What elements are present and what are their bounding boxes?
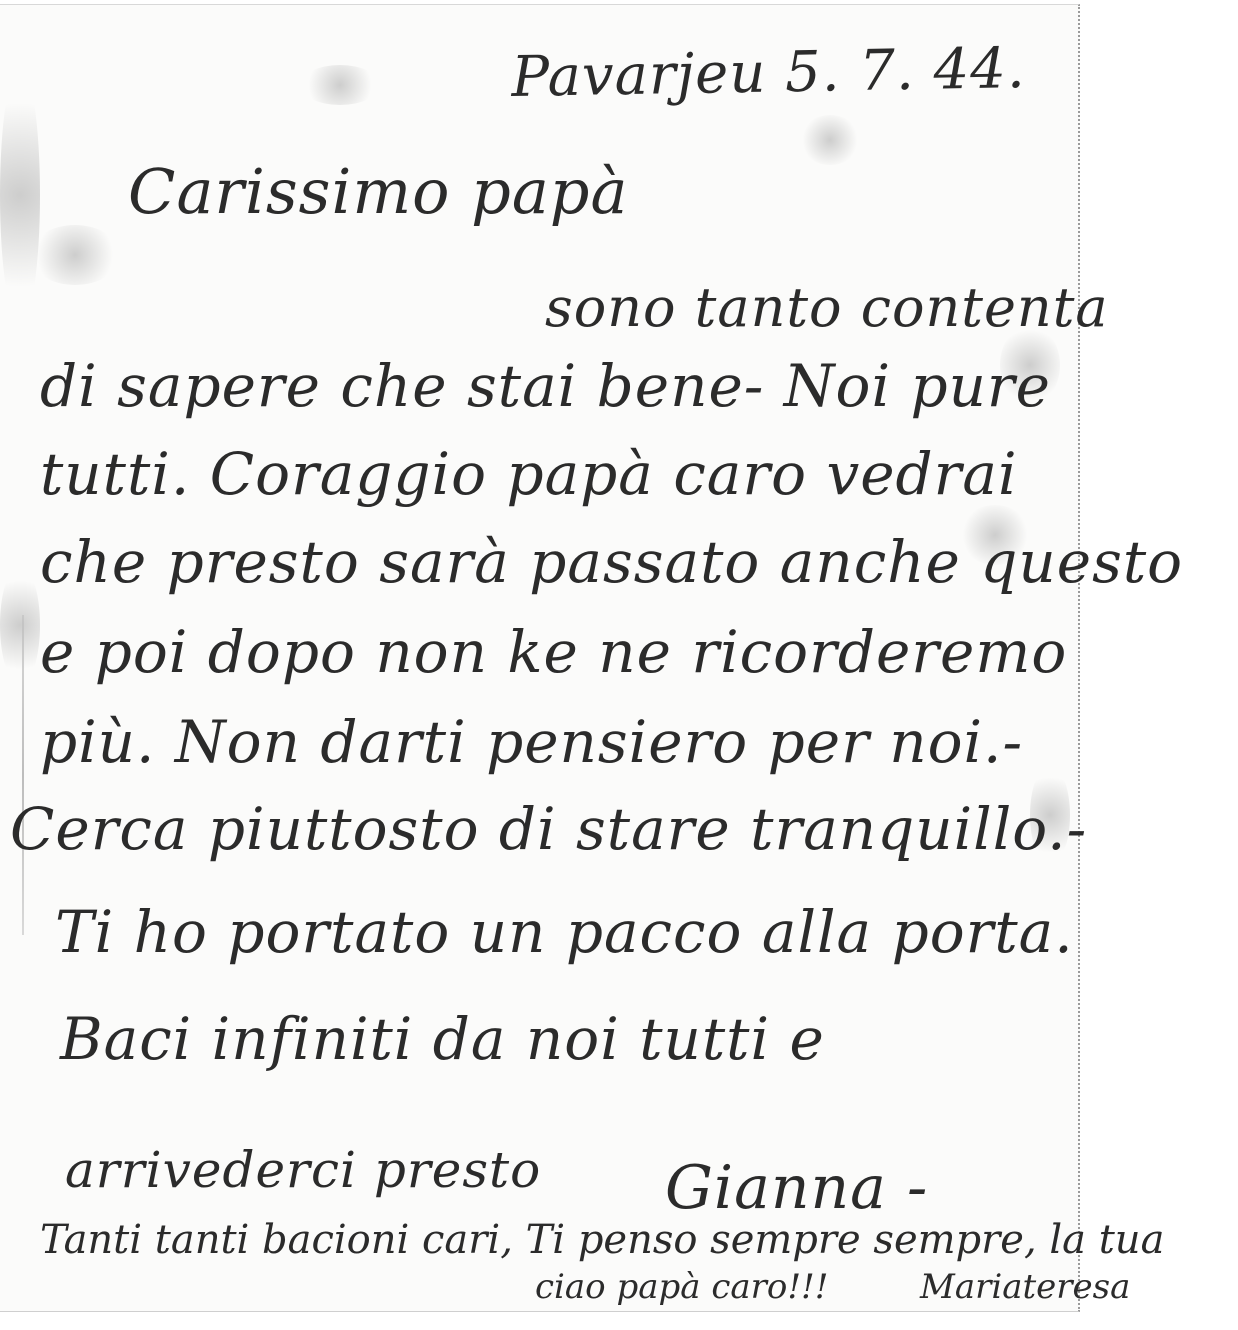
salutation: Carissimo papà — [128, 155, 628, 228]
signature: Gianna - — [665, 1153, 928, 1223]
postscript-line: ciao papà caro!!! — [535, 1267, 828, 1307]
postscript-line: Tanti tanti bacioni cari, Ti penso sempr… — [40, 1217, 1164, 1263]
body-line: e poi dopo non ke ne ricorderemo — [40, 623, 1067, 681]
body-line: di sapere che stai bene- Noi pure — [40, 357, 1051, 415]
body-line: sono tanto contenta — [545, 281, 1109, 335]
postscript-signature: Mariateresa — [920, 1267, 1130, 1307]
photocopy-noise — [300, 65, 380, 105]
photocopy-noise — [800, 115, 860, 165]
place-date: Pavarjeu 5. 7. 44. — [511, 36, 1026, 110]
body-line: Baci infiniti da noi tutti e — [60, 1010, 825, 1068]
body-line: che presto sarà passato anche questo — [40, 533, 1183, 591]
letter-paper: Pavarjeu 5. 7. 44. Carissimo papà sono t… — [0, 4, 1080, 1312]
photocopy-noise — [30, 225, 120, 285]
body-line: Ti ho portato un pacco alla porta. — [55, 903, 1074, 961]
body-line: Cerca piuttosto di stare tranquillo.- — [10, 800, 1087, 858]
photocopy-noise — [0, 565, 40, 685]
photocopy-noise — [0, 65, 40, 325]
margin-mark — [22, 615, 24, 935]
body-line: più. Non darti pensiero per noi.- — [40, 713, 1023, 771]
body-line: arrivederci presto — [65, 1145, 541, 1195]
body-line: tutti. Coraggio papà caro vedrai — [40, 445, 1018, 503]
